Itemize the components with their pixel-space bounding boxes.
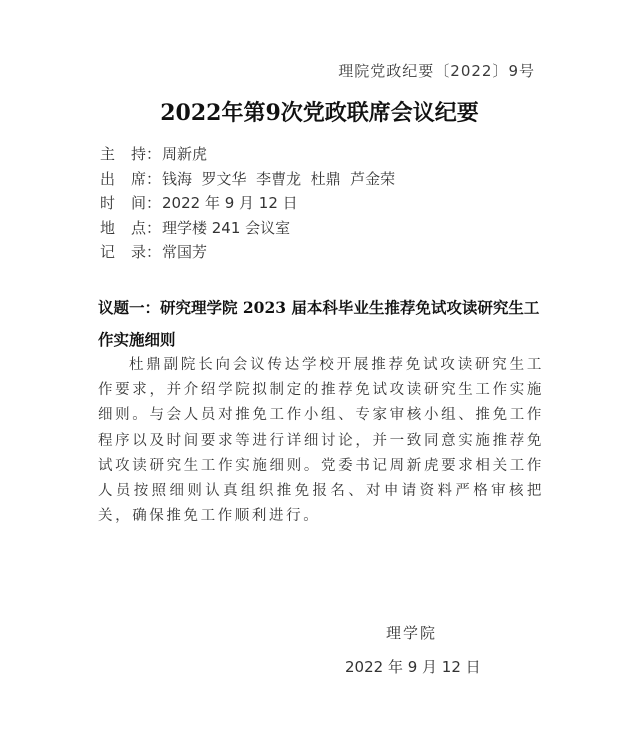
meta-label: 时 间 [100,191,146,216]
signature-organization: 理学院 [386,622,437,643]
meta-value-host: 周新虎 [162,142,207,167]
document-number: 理院党政纪要〔2022〕9号 [338,60,535,81]
meta-label: 主 持 [100,142,146,167]
document-title: 2022年第9次党政联席会议纪要 [0,96,639,127]
meta-row-host: 主 持 ： 周新虎 [100,142,395,167]
meta-colon: ： [146,142,162,167]
meta-colon: ： [146,167,162,192]
meta-value-time: 2022 年 9 月 12 日 [162,191,298,216]
agenda-topic-body: 杜鼎副院长向会议传达学校开展推荐免试攻读研究生工作要求，并介绍学院拟制定的推荐免… [98,353,544,529]
meta-label: 记 录 [100,240,146,265]
meta-row-location: 地 点 ： 理学楼 241 会议室 [100,216,395,241]
meta-value-location: 理学楼 241 会议室 [162,216,290,241]
meta-colon: ： [146,216,162,241]
meta-colon: ： [146,240,162,265]
agenda-topic-heading: 议题一：研究理学院 2023 届本科毕业生推荐免试攻读研究生工作实施细则 [98,292,548,356]
meta-value-recorder: 常国芳 [162,240,207,265]
meeting-info: 主 持 ： 周新虎 出 席 ： 钱海 罗文华 李曹龙 杜鼎 芦金荣 时 间 ： … [100,142,395,265]
meta-row-recorder: 记 录 ： 常国芳 [100,240,395,265]
meta-row-time: 时 间 ： 2022 年 9 月 12 日 [100,191,395,216]
meta-colon: ： [146,191,162,216]
meta-label: 地 点 [100,216,146,241]
meta-label: 出 席 [100,167,146,192]
meta-value-attendees: 钱海 罗文华 李曹龙 杜鼎 芦金荣 [162,167,395,192]
signature-date: 2022 年 9 月 12 日 [345,656,481,677]
meta-row-attendees: 出 席 ： 钱海 罗文华 李曹龙 杜鼎 芦金荣 [100,167,395,192]
